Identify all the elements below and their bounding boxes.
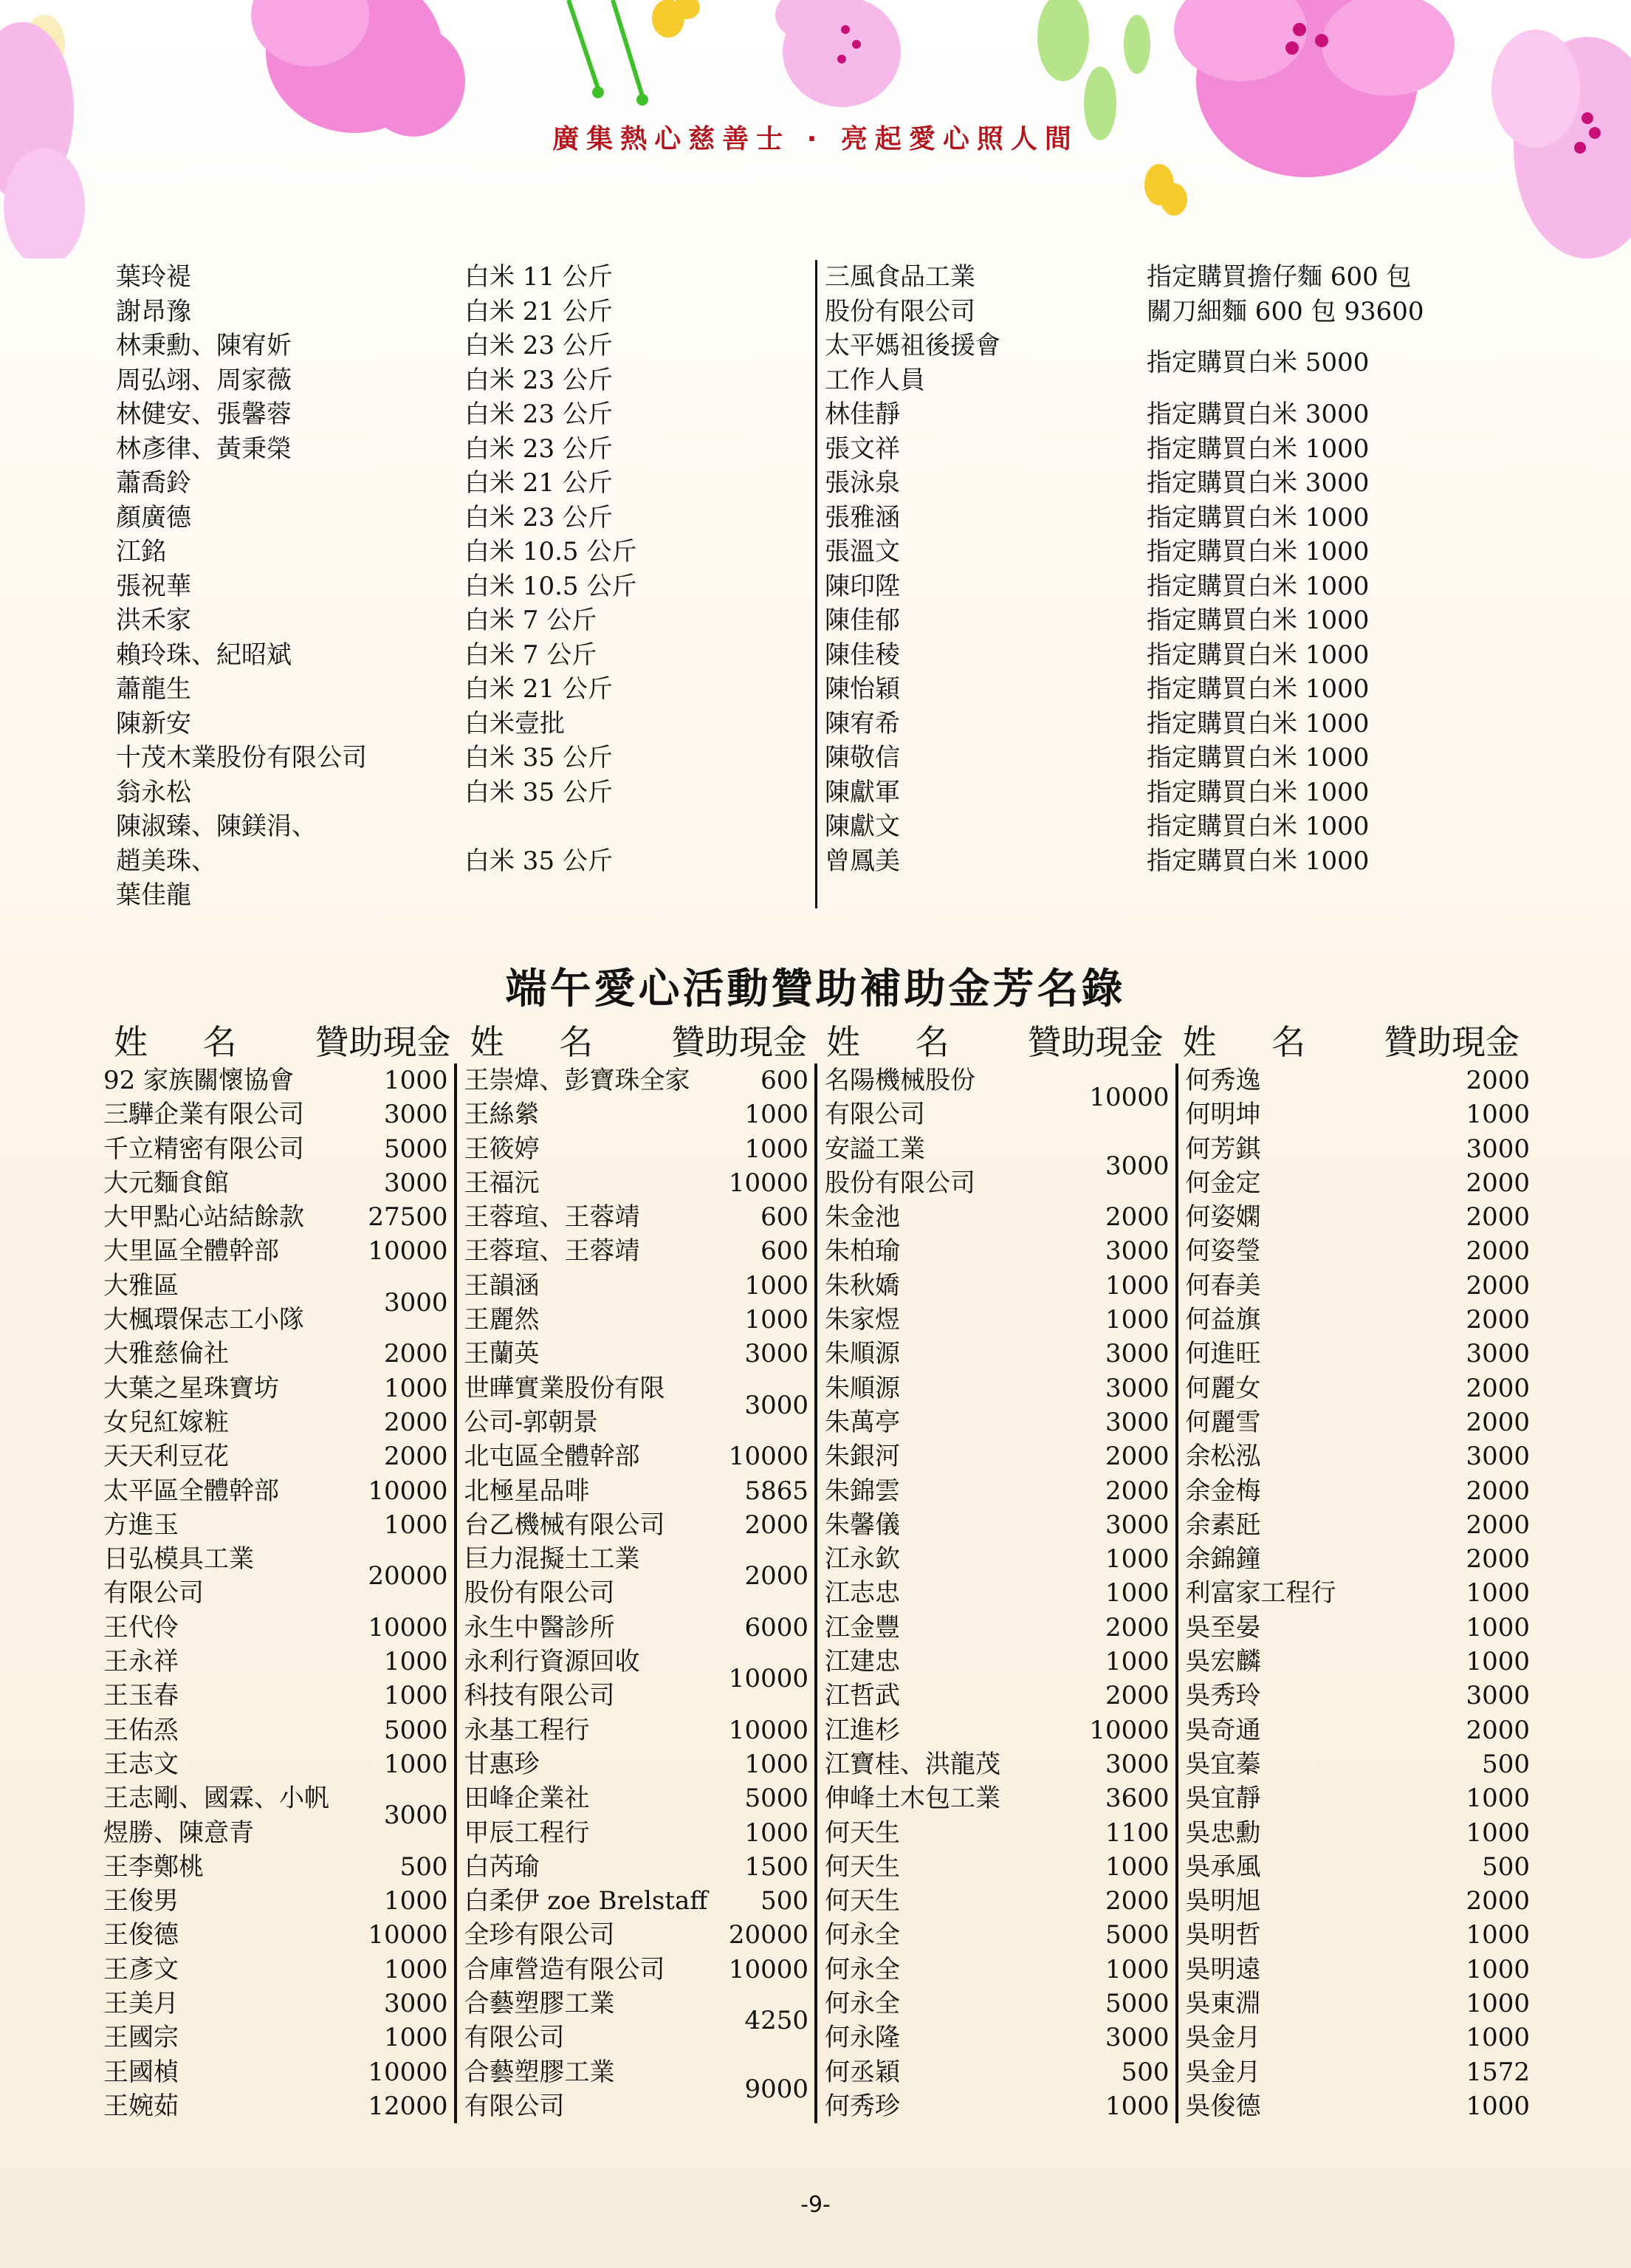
donor-name: 三風食品工業股份有限公司 [825, 260, 1147, 329]
donation-item: 指定購買擔仔麵 600 包關刀細麵 600 包 93600 [1147, 260, 1469, 329]
table-row: 江金豐2000 [817, 1611, 1175, 1645]
table-row: 田峰企業社5000 [457, 1781, 815, 1815]
table-row: 大雅區大楓環保志工小隊3000 [96, 1269, 454, 1337]
table-row: 王韻涵1000 [457, 1269, 815, 1303]
list-item: 賴玲珠、紀昭斌白米 7 公斤 [116, 638, 810, 673]
donor-name: 大里區全體幹部 [103, 1234, 367, 1268]
donor-name: 吳秀玲 [1186, 1679, 1449, 1713]
table-row: 王俊德10000 [96, 1918, 454, 1952]
table-row: 朱馨儀3000 [817, 1508, 1175, 1542]
column-divider [815, 260, 817, 908]
table-row: 大里區全體幹部10000 [96, 1234, 454, 1268]
list-item: 陳佳郁指定購買白米 1000 [825, 603, 1489, 638]
table-row: 王國宗1000 [96, 2021, 454, 2055]
table-row: 余素瓩2000 [1178, 1508, 1536, 1542]
donation-amount: 1000 [1449, 2089, 1530, 2123]
table-row: 甘惠珍1000 [457, 1747, 815, 1781]
donor-name: 余錦鐘 [1186, 1542, 1449, 1576]
table-row: 白柔伊 zoe Brelstaff500 [457, 1884, 815, 1918]
donation-item: 白米 21 公斤 [464, 295, 613, 329]
table-row: 王筱婷1000 [457, 1132, 815, 1166]
donor-name: 何益旗 [1186, 1303, 1449, 1337]
donation-amount: 3000 [1449, 1337, 1530, 1371]
table-row: 朱萬亭3000 [817, 1405, 1175, 1439]
list-item: 張文祥指定購買白米 1000 [825, 432, 1489, 467]
donation-amount: 1000 [1449, 1816, 1530, 1850]
donation-amount: 1000 [727, 1269, 808, 1303]
table-row: 大甲點心站結餘款27500 [96, 1200, 454, 1234]
donor-name: 合藝塑膠工業有限公司 [464, 2055, 728, 2124]
donation-amount: 2000 [1088, 1439, 1170, 1473]
donation-amount: 3000 [1088, 2021, 1170, 2055]
table-row: 王彥文1000 [96, 1953, 454, 1987]
donation-amount: 1100 [1088, 1816, 1170, 1850]
donor-column: 92 家族關懷協會1000三驊企業有限公司3000千立精密有限公司5000大元麵… [96, 1063, 454, 2123]
donation-item: 白米壹批 [464, 707, 565, 741]
donor-name: 陳淑臻、陳鎂涓、趙美珠、葉佳龍 [116, 809, 464, 913]
donation-amount: 2000 [1449, 1234, 1530, 1268]
table-header: 姓 名贊助現金姓 名贊助現金姓 名贊助現金姓 名贊助現金 [103, 1015, 1528, 1064]
list-item: 陳獻軍指定購買白米 1000 [825, 775, 1489, 810]
donor-name: 大雅區大楓環保志工小隊 [103, 1269, 367, 1337]
donor-name: 王俊男 [103, 1884, 367, 1918]
donor-name: 江建忠 [825, 1645, 1088, 1679]
donor-name: 三驊企業有限公司 [103, 1097, 367, 1131]
donation-item: 指定購買白米 1000 [1147, 741, 1369, 775]
table-row: 永生中醫診所6000 [457, 1611, 815, 1645]
table-row: 朱錦雲2000 [817, 1474, 1175, 1508]
donor-name: 陳印陞 [825, 569, 1147, 604]
table-row: 台乙機械有限公司2000 [457, 1508, 815, 1542]
donor-name: 大雅慈倫社 [103, 1337, 367, 1371]
page-number: -9- [0, 2192, 1631, 2218]
donation-amount: 3000 [1088, 1371, 1170, 1405]
donation-amount: 500 [727, 1884, 808, 1918]
donation-amount: 2000 [1449, 1303, 1530, 1337]
donor-name: 王玉春 [103, 1679, 367, 1713]
table-row: 何益旗2000 [1178, 1303, 1536, 1337]
donor-name: 朱秋嬌 [825, 1269, 1088, 1303]
donation-amount: 2000 [1449, 1713, 1530, 1747]
donor-name: 白芮瑜 [464, 1850, 728, 1884]
donor-name: 何天生 [825, 1816, 1088, 1850]
donation-amount: 2000 [1088, 1884, 1170, 1918]
donor-name: 何麗雪 [1186, 1405, 1449, 1439]
table-row: 全珍有限公司20000 [457, 1918, 815, 1952]
donation-amount: 2000 [727, 1542, 808, 1611]
donation-amount: 2000 [367, 1405, 448, 1439]
column-header: 姓 名贊助現金 [103, 1015, 460, 1064]
donor-name: 王婉茹 [103, 2089, 367, 2123]
table-row: 王蘭英3000 [457, 1337, 815, 1371]
donor-name: 田峰企業社 [464, 1781, 728, 1815]
donation-amount: 1000 [1449, 1918, 1530, 1952]
donation-item: 白米 10.5 公斤 [464, 535, 636, 569]
donor-name: 蕭喬鈴 [116, 466, 464, 501]
donor-name: 江志忠 [825, 1576, 1088, 1610]
donor-name: 葉玲褆 [116, 260, 464, 295]
table-row: 王代伶10000 [96, 1611, 454, 1645]
donation-amount: 4250 [727, 1987, 808, 2055]
list-item: 謝昂豫白米 21 公斤 [116, 295, 810, 329]
donor-name: 吳奇通 [1186, 1713, 1449, 1747]
table-row: 安謚工業股份有限公司3000 [817, 1132, 1175, 1201]
list-item: 葉玲褆白米 11 公斤 [116, 260, 810, 295]
donation-amount: 1572 [1449, 2055, 1530, 2089]
table-row: 余松泓3000 [1178, 1439, 1536, 1473]
donation-amount: 1000 [1088, 1542, 1170, 1576]
donation-amount: 12000 [367, 2089, 448, 2123]
donor-name: 王彥文 [103, 1953, 367, 1987]
table-row: 名陽機械股份有限公司10000 [817, 1063, 1175, 1132]
donation-amount: 1000 [727, 1747, 808, 1781]
donor-name: 謝昂豫 [116, 295, 464, 329]
table-row: 何麗雪2000 [1178, 1405, 1536, 1439]
list-item: 翁永松白米 35 公斤 [116, 775, 810, 810]
donation-item: 指定購買白米 1000 [1147, 809, 1369, 844]
donor-name: 大甲點心站結餘款 [103, 1200, 367, 1234]
donor-name: 甲辰工程行 [464, 1816, 728, 1850]
donor-name-line: 三風食品工業 [825, 260, 1147, 295]
donation-item: 白米 23 公斤 [464, 329, 613, 363]
donation-item: 指定購買白米 3000 [1147, 397, 1369, 432]
donation-item: 白米 23 公斤 [464, 501, 613, 535]
donation-amount: 1000 [1449, 1987, 1530, 2021]
list-item: 陳新安白米壹批 [116, 707, 810, 741]
donor-name: 何金定 [1186, 1166, 1449, 1200]
donor-name: 天天利豆花 [103, 1439, 367, 1473]
donor-name: 吳俊德 [1186, 2089, 1449, 2123]
table-row: 朱家煜1000 [817, 1303, 1175, 1337]
table-row: 何麗女2000 [1178, 1371, 1536, 1405]
donor-name: 何明坤 [1186, 1097, 1449, 1131]
donation-amount: 9000 [727, 2055, 808, 2124]
donation-amount: 3000 [1088, 1234, 1170, 1268]
donor-name-line: 陳淑臻、陳鎂涓、 [116, 809, 464, 844]
table-row: 何姿嫻2000 [1178, 1200, 1536, 1234]
header-amount: 贊助現金 [981, 1015, 1172, 1064]
donor-name: 王李鄭桃 [103, 1850, 367, 1884]
donor-name: 大葉之星珠寶坊 [103, 1371, 367, 1405]
donation-amount: 2000 [1088, 1200, 1170, 1234]
table-row: 世曄實業股份有限公司-郭朝景3000 [457, 1371, 815, 1440]
donor-name: 何天生 [825, 1884, 1088, 1918]
donor-name: 蕭龍生 [116, 672, 464, 707]
donation-amount: 6000 [727, 1611, 808, 1645]
donation-item: 指定購買白米 3000 [1147, 466, 1369, 501]
donation-amount: 1000 [1449, 1097, 1530, 1131]
list-item: 十茂木業股份有限公司白米 35 公斤 [116, 741, 810, 775]
donor-name: 何丞穎 [825, 2055, 1088, 2089]
list-item: 陳印陞指定購買白米 1000 [825, 569, 1489, 604]
donation-amount: 3000 [1088, 1405, 1170, 1439]
table-row: 甲辰工程行1000 [457, 1816, 815, 1850]
donor-name: 朱錦雲 [825, 1474, 1088, 1508]
table-row: 大雅慈倫社2000 [96, 1337, 454, 1371]
donor-name: 世曄實業股份有限公司-郭朝景 [464, 1371, 728, 1440]
donor-name: 賴玲珠、紀昭斌 [116, 638, 464, 673]
donor-name: 92 家族關懷協會 [103, 1063, 367, 1097]
donor-name: 張祝華 [116, 569, 464, 604]
donor-name: 女兒紅嫁粧 [103, 1405, 367, 1439]
list-item: 林佳靜指定購買白米 3000 [825, 397, 1489, 432]
list-item: 陳淑臻、陳鎂涓、趙美珠、葉佳龍白米 35 公斤 [116, 809, 810, 913]
donation-amount: 5000 [727, 1781, 808, 1815]
table-row: 永基工程行10000 [457, 1713, 815, 1747]
donor-name: 名陽機械股份有限公司 [825, 1063, 1088, 1132]
list-item: 林秉勳、陳宥妡白米 23 公斤 [116, 329, 810, 363]
rice-donations-left: 葉玲褆白米 11 公斤謝昂豫白米 21 公斤林秉勳、陳宥妡白米 23 公斤周弘翊… [116, 260, 810, 913]
table-row: 王俊男1000 [96, 1884, 454, 1918]
table-row: 何丞穎500 [817, 2055, 1175, 2089]
donation-amount: 10000 [1088, 1713, 1170, 1747]
donation-item: 指定購買白米 1000 [1147, 775, 1369, 810]
donor-name: 王崇煒、彭寶珠全家 [464, 1063, 728, 1097]
donor-name: 王韻涵 [464, 1269, 728, 1303]
table-row: 何秀逸2000 [1178, 1063, 1536, 1097]
donation-amount: 1000 [1088, 1953, 1170, 1987]
donation-amount: 600 [727, 1063, 808, 1097]
table-row: 吳承風500 [1178, 1850, 1536, 1884]
donor-name: 合藝塑膠工業有限公司 [464, 1987, 728, 2055]
donor-name: 王國楨 [103, 2055, 367, 2089]
table-row: 何永隆3000 [817, 2021, 1175, 2055]
donation-amount: 3000 [1088, 1508, 1170, 1542]
donation-amount: 1000 [367, 2021, 448, 2055]
table-row: 吳明哲1000 [1178, 1918, 1536, 1952]
rice-donations-right: 三風食品工業股份有限公司指定購買擔仔麵 600 包關刀細麵 600 包 9360… [825, 260, 1489, 878]
donation-item: 白米 35 公斤 [464, 741, 613, 775]
table-row: 何秀珍1000 [817, 2089, 1175, 2123]
donor-name: 朱銀河 [825, 1439, 1088, 1473]
list-item: 周弘翊、周家薇白米 23 公斤 [116, 363, 810, 398]
donor-name: 江寶桂、洪龍茂 [825, 1747, 1088, 1781]
donation-amount: 3000 [1449, 1132, 1530, 1166]
donation-amount: 20000 [727, 1918, 808, 1952]
table-row: 江永欽1000 [817, 1542, 1175, 1576]
donation-amount: 10000 [727, 1439, 808, 1473]
donation-amount: 5865 [727, 1474, 808, 1508]
table-row: 王蓉瑄、王蓉靖600 [457, 1200, 815, 1234]
donor-column: 王崇煒、彭寶珠全家600王絲縈1000王筱婷1000王福沅10000王蓉瑄、王蓉… [454, 1063, 815, 2123]
donor-name: 王蓉瑄、王蓉靖 [464, 1234, 728, 1268]
donation-amount: 5000 [367, 1713, 448, 1747]
donor-name: 吳明遠 [1186, 1953, 1449, 1987]
donation-amount: 10000 [367, 1611, 448, 1645]
table-row: 天天利豆花2000 [96, 1439, 454, 1473]
table-row: 何春美2000 [1178, 1269, 1536, 1303]
table-row: 朱銀河2000 [817, 1439, 1175, 1473]
donation-item: 白米 7 公斤 [464, 603, 597, 638]
donation-amount: 1000 [1088, 1645, 1170, 1679]
donation-amount: 1000 [1449, 1611, 1530, 1645]
section-title: 端午愛心活動贊助補助金芳名錄 [0, 956, 1631, 1015]
donor-name: 太平區全體幹部 [103, 1474, 367, 1508]
page-slogan: 廣集熱心慈善士 · 亮起愛心照人間 [0, 118, 1631, 156]
table-row: 日弘模具工業有限公司20000 [96, 1542, 454, 1611]
donation-amount: 10000 [1088, 1063, 1170, 1132]
table-row: 吳至晏1000 [1178, 1611, 1536, 1645]
table-row: 吳俊德1000 [1178, 2089, 1536, 2123]
donation-amount: 2000 [1449, 1508, 1530, 1542]
donation-item-line: 關刀細麵 600 包 93600 [1147, 295, 1469, 329]
donor-name: 張溫文 [825, 535, 1147, 569]
donation-amount: 3000 [367, 1166, 448, 1200]
table-row: 北屯區全體幹部10000 [457, 1439, 815, 1473]
table-row: 何明坤1000 [1178, 1097, 1536, 1131]
donation-item: 指定購買白米 1000 [1147, 603, 1369, 638]
donation-item: 白米 11 公斤 [464, 260, 613, 295]
table-row: 江寶桂、洪龍茂3000 [817, 1747, 1175, 1781]
donation-amount: 2000 [1449, 1371, 1530, 1405]
donor-name: 吳明旭 [1186, 1884, 1449, 1918]
donation-amount: 2000 [367, 1439, 448, 1473]
donor-name: 曾鳳美 [825, 844, 1147, 879]
donation-amount: 1000 [367, 1953, 448, 1987]
donor-name: 陳新安 [116, 707, 464, 741]
donation-amount: 1000 [367, 1747, 448, 1781]
donor-name-line: 葉佳龍 [116, 878, 464, 913]
donation-amount: 1500 [727, 1850, 808, 1884]
table-row: 吳宏麟1000 [1178, 1645, 1536, 1679]
table-row: 王佑烝5000 [96, 1713, 454, 1747]
donation-item: 白米 21 公斤 [464, 466, 613, 501]
table-row: 王絲縈1000 [457, 1097, 815, 1131]
donor-name: 永基工程行 [464, 1713, 728, 1747]
donor-name: 周弘翊、周家薇 [116, 363, 464, 398]
table-row: 伸峰土木包工業3600 [817, 1781, 1175, 1815]
donor-name-line: 工作人員 [825, 363, 1147, 398]
donor-name: 台乙機械有限公司 [464, 1508, 728, 1542]
donor-name: 安謚工業股份有限公司 [825, 1132, 1088, 1201]
donor-name: 王志文 [103, 1747, 367, 1781]
donation-item: 白米 35 公斤 [464, 775, 613, 810]
header-name: 姓 名 [1172, 1015, 1338, 1064]
table-row: 江進杉10000 [817, 1713, 1175, 1747]
donation-amount: 1000 [1088, 1303, 1170, 1337]
list-item: 陳怡穎指定購買白米 1000 [825, 672, 1489, 707]
donor-name: 何秀珍 [825, 2089, 1088, 2123]
donor-name: 白柔伊 zoe Brelstaff [464, 1884, 728, 1918]
donation-amount: 10000 [367, 1234, 448, 1268]
table-row: 何金定2000 [1178, 1166, 1536, 1200]
donation-item: 指定購買白米 1000 [1147, 707, 1369, 741]
table-row: 王麗然1000 [457, 1303, 815, 1337]
donation-item: 白米 10.5 公斤 [464, 569, 636, 604]
donation-amount: 3000 [367, 1987, 448, 2021]
donor-name: 何芳錤 [1186, 1132, 1449, 1166]
donation-amount: 2000 [1088, 1474, 1170, 1508]
donor-name: 伸峰土木包工業 [825, 1781, 1088, 1815]
table-row: 三驊企業有限公司3000 [96, 1097, 454, 1131]
donor-name: 林佳靜 [825, 397, 1147, 432]
donor-name: 何姿嫻 [1186, 1200, 1449, 1234]
table-row: 吳宜靜1000 [1178, 1781, 1536, 1815]
table-row: 朱柏瑜3000 [817, 1234, 1175, 1268]
list-item: 林彥律、黃秉榮白米 23 公斤 [116, 432, 810, 467]
list-item: 曾鳳美指定購買白米 1000 [825, 844, 1489, 879]
donation-amount: 1000 [367, 1679, 448, 1713]
table-row: 北極星品啡5865 [457, 1474, 815, 1508]
table-row: 吳東淵1000 [1178, 1987, 1536, 2021]
table-row: 永利行資源回收科技有限公司10000 [457, 1645, 815, 1713]
donation-amount: 1000 [1449, 1953, 1530, 1987]
list-item: 陳敬信指定購買白米 1000 [825, 741, 1489, 775]
donor-name-line: 趙美珠、 [116, 844, 464, 879]
table-row: 吳金月1000 [1178, 2021, 1536, 2055]
donation-amount: 2000 [1449, 1200, 1530, 1234]
donation-amount: 2000 [727, 1508, 808, 1542]
donation-item: 指定購買白米 1000 [1147, 844, 1369, 879]
table-row: 大葉之星珠寶坊1000 [96, 1371, 454, 1405]
list-item: 張雅涵指定購買白米 1000 [825, 501, 1489, 535]
donor-name: 吳東淵 [1186, 1987, 1449, 2021]
donation-item: 指定購買白米 1000 [1147, 672, 1369, 707]
header-name: 姓 名 [816, 1015, 981, 1064]
donation-amount: 10000 [727, 1953, 808, 1987]
donation-amount: 5000 [1088, 1918, 1170, 1952]
donor-name: 王佑烝 [103, 1713, 367, 1747]
donor-name: 吳至晏 [1186, 1611, 1449, 1645]
donor-name: 朱順源 [825, 1371, 1088, 1405]
donation-amount: 2000 [1088, 1611, 1170, 1645]
donor-name: 朱金池 [825, 1200, 1088, 1234]
donation-amount: 600 [727, 1200, 808, 1234]
table-row: 吳金月1572 [1178, 2055, 1536, 2089]
donation-amount: 20000 [367, 1542, 448, 1611]
table-row: 大元麵食館3000 [96, 1166, 454, 1200]
donor-name: 朱萬亭 [825, 1405, 1088, 1439]
table-row: 白芮瑜1500 [457, 1850, 815, 1884]
donation-amount: 1000 [1449, 1576, 1530, 1610]
donation-amount: 3000 [1088, 1747, 1170, 1781]
donation-amount: 3000 [727, 1371, 808, 1440]
table-row: 何芳錤3000 [1178, 1132, 1536, 1166]
donor-name: 王美月 [103, 1987, 367, 2021]
donation-amount: 10000 [367, 2055, 448, 2089]
table-row: 何永全5000 [817, 1918, 1175, 1952]
table-row: 太平區全體幹部10000 [96, 1474, 454, 1508]
donor-table: 92 家族關懷協會1000三驊企業有限公司3000千立精密有限公司5000大元麵… [96, 1063, 1536, 2123]
donation-amount: 1000 [1088, 2089, 1170, 2123]
donor-name: 王筱婷 [464, 1132, 728, 1166]
donor-name: 方進玉 [103, 1508, 367, 1542]
column-header: 姓 名贊助現金 [816, 1015, 1172, 1064]
donor-name: 林秉勳、陳宥妡 [116, 329, 464, 363]
donor-name: 王志剛、國霖、小帆煜勝、陳意青 [103, 1781, 367, 1850]
table-row: 巨力混擬土工業股份有限公司2000 [457, 1542, 815, 1611]
table-row: 王美月3000 [96, 1987, 454, 2021]
donation-amount: 3000 [367, 1781, 448, 1850]
donation-item: 指定購買白米 1000 [1147, 535, 1369, 569]
donor-name: 吳金月 [1186, 2021, 1449, 2055]
donation-item: 白米 23 公斤 [464, 432, 613, 467]
list-item: 陳佳稜指定購買白米 1000 [825, 638, 1489, 673]
table-row: 王崇煒、彭寶珠全家600 [457, 1063, 815, 1097]
donor-name: 王麗然 [464, 1303, 728, 1337]
donation-item: 指定購買白米 1000 [1147, 569, 1369, 604]
donor-name: 林彥律、黃秉榮 [116, 432, 464, 467]
donor-name: 吳宜蓁 [1186, 1747, 1449, 1781]
donation-amount: 1000 [1088, 1576, 1170, 1610]
donation-amount: 10000 [367, 1474, 448, 1508]
donor-name: 何進旺 [1186, 1337, 1449, 1371]
donation-amount: 1000 [1449, 1645, 1530, 1679]
table-row: 何永全5000 [817, 1987, 1175, 2021]
table-row: 千立精密有限公司5000 [96, 1132, 454, 1166]
donor-name: 甘惠珍 [464, 1747, 728, 1781]
donation-amount: 3000 [1088, 1132, 1170, 1201]
